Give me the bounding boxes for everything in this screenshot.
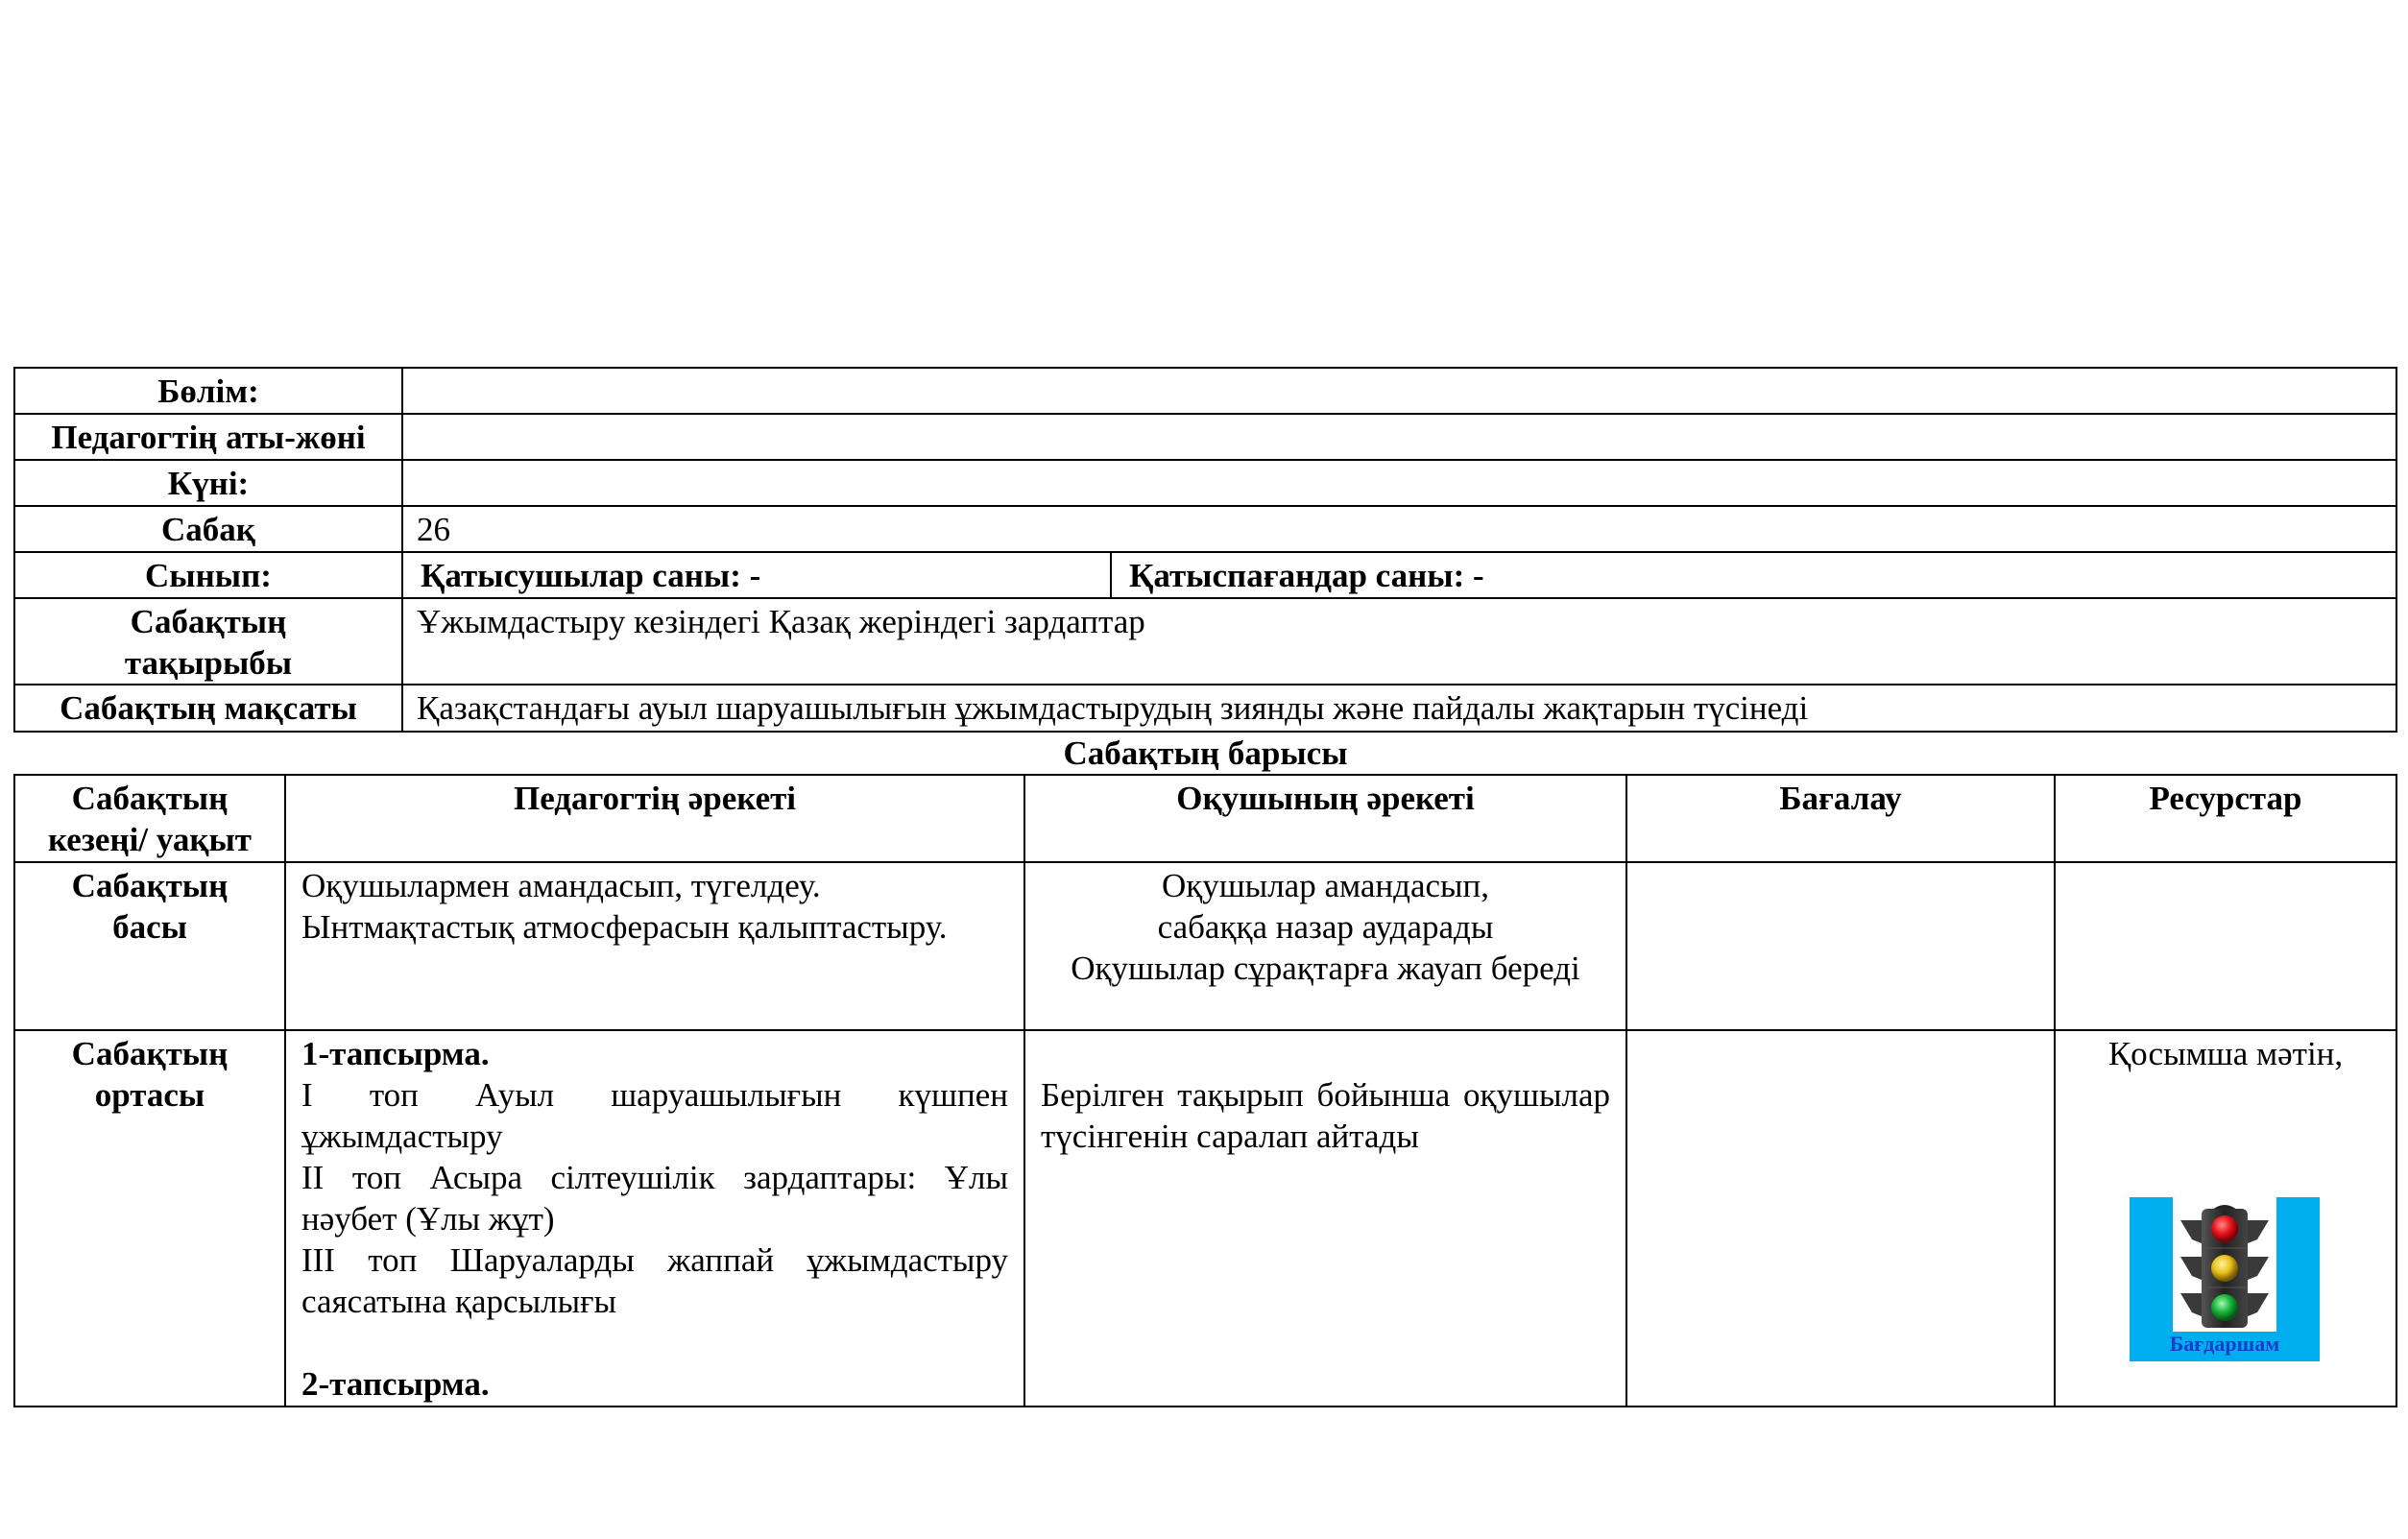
lesson-number-value-cell[interactable]: 26 [401,505,2397,553]
present-count-cell[interactable]: Қатысушылар саны: - [401,551,1112,599]
header-resources: Ресурстар [2054,774,2397,863]
lesson-goal-value: Қазақстандағы ауыл шаруашылығын ұжымдаст… [417,689,1808,727]
middle-student-text: Берілген тақырып бойынша оқушылар түсінг… [1041,1074,1610,1157]
teacher-name-value-cell[interactable] [401,413,2397,461]
lesson-goal-label-cell: Сабақтың мақсаты [13,684,403,733]
beginning-student-line-2: сабаққа назар аударады [1031,906,1620,948]
traffic-light-icon [2173,1197,2276,1332]
header-assessment-label: Бағалау [1779,780,1901,817]
header-student-action-label: Оқушының әрекеті [1176,780,1474,817]
beginning-teacher-cell[interactable]: Оқушылармен амандасып, түгелдеу. Ынтмақт… [284,861,1025,1031]
absent-count: Қатыспағандар саны: - [1129,557,1484,594]
date-label: Күні: [168,465,249,502]
header-stage: Сабақтың кезеңі/ уақыт [13,774,286,863]
header-assessment: Бағалау [1625,774,2056,863]
middle-student-cell[interactable]: Берілген тақырып бойынша оқушылар түсінг… [1023,1029,1627,1407]
date-label-cell: Күні: [13,459,403,507]
stage-middle: Сабақтың ортасы [13,1029,286,1407]
class-label: Сынып: [145,557,272,594]
section-label: Бөлім: [157,373,259,410]
lesson-number-label-cell: Сабақ [13,505,403,553]
spacer [301,1322,1008,1363]
middle-assessment-cell[interactable] [1625,1029,2056,1407]
header-resources-label: Ресурстар [2149,780,2301,817]
header-teacher-action-label: Педагогтің әрекеті [514,780,796,817]
lesson-topic-value: Ұжымдастыру кезіндегі Қазақ жеріндегі за… [417,603,1145,640]
task-1-group-3: ІІІ топ Шаруаларды жаппай ұжымдастыру са… [301,1239,1008,1322]
task-1-group-2: ІІ топ Асыра сілтеушілік зардаптары: Ұлы… [301,1157,1008,1239]
traffic-light-caption: Бағдаршам [2130,1333,2320,1356]
header-teacher-action: Педагогтің әрекеті [284,774,1025,863]
stage-middle-label: Сабақтың ортасы [72,1035,229,1114]
beginning-assessment-cell[interactable] [1625,861,2056,1031]
absent-count-cell[interactable]: Қатыспағандар саны: - [1110,551,2397,599]
header-stage-label: Сабақтың кезеңі/ уақыт [48,780,252,858]
beginning-student-cell[interactable]: Оқушылар амандасып, сабаққа назар аудара… [1023,861,1627,1031]
date-value-cell[interactable] [401,459,2397,507]
lesson-topic-value-cell[interactable]: Ұжымдастыру кезіндегі Қазақ жеріндегі за… [401,597,2397,685]
present-count: Қатысушылар саны: - [421,557,760,594]
lesson-goal-value-cell[interactable]: Қазақстандағы ауыл шаруашылығын ұжымдаст… [401,684,2397,733]
beginning-teacher-line-1: Оқушылармен амандасып, түгелдеу. [301,865,1008,906]
beginning-student-line-3: Оқушылар сұрақтарға жауап береді [1031,948,1620,989]
task-2-title: 2-тапсырма. [301,1363,1008,1405]
header-student-action: Оқушының әрекеті [1023,774,1627,863]
lesson-topic-label-cell: Сабақтың тақырыбы [13,597,403,685]
beginning-student-line-1: Оқушылар амандасып, [1031,865,1620,906]
teacher-name-label: Педагогтің аты-жөні [51,419,365,456]
task-1-group-1: І топ Ауыл шаруашылығын күшпен ұжымдасты… [301,1074,1008,1157]
lesson-topic-label: Сабақтың тақырыбы [125,603,292,682]
task-1-title: 1-тапсырма. [301,1033,1008,1074]
class-label-cell: Сынып: [13,551,403,599]
section-value-cell[interactable] [401,367,2397,415]
stage-beginning-label: Сабақтың басы [72,867,229,946]
traffic-light-image: Бағдаршам [2130,1197,2320,1361]
lesson-number-label: Сабақ [161,511,255,548]
middle-resources-text: Қосымша мәтін, [2108,1035,2343,1072]
teacher-name-label-cell: Педагогтің аты-жөні [13,413,403,461]
lesson-number-value: 26 [417,511,450,548]
lesson-goal-label: Сабақтың мақсаты [60,689,357,727]
middle-teacher-cell[interactable]: 1-тапсырма. І топ Ауыл шаруашылығын күшп… [284,1029,1025,1407]
beginning-teacher-line-2: Ынтмақтастық атмосферасын қалыптастыру. [301,906,1008,948]
lesson-flow-title: Сабақтың барысы [13,733,2397,774]
yellow-light [2211,1255,2238,1282]
red-light [2211,1215,2238,1242]
beginning-resources-cell[interactable] [2054,861,2397,1031]
green-light [2211,1294,2238,1321]
section-label-cell: Бөлім: [13,367,403,415]
stage-beginning: Сабақтың басы [13,861,286,1031]
